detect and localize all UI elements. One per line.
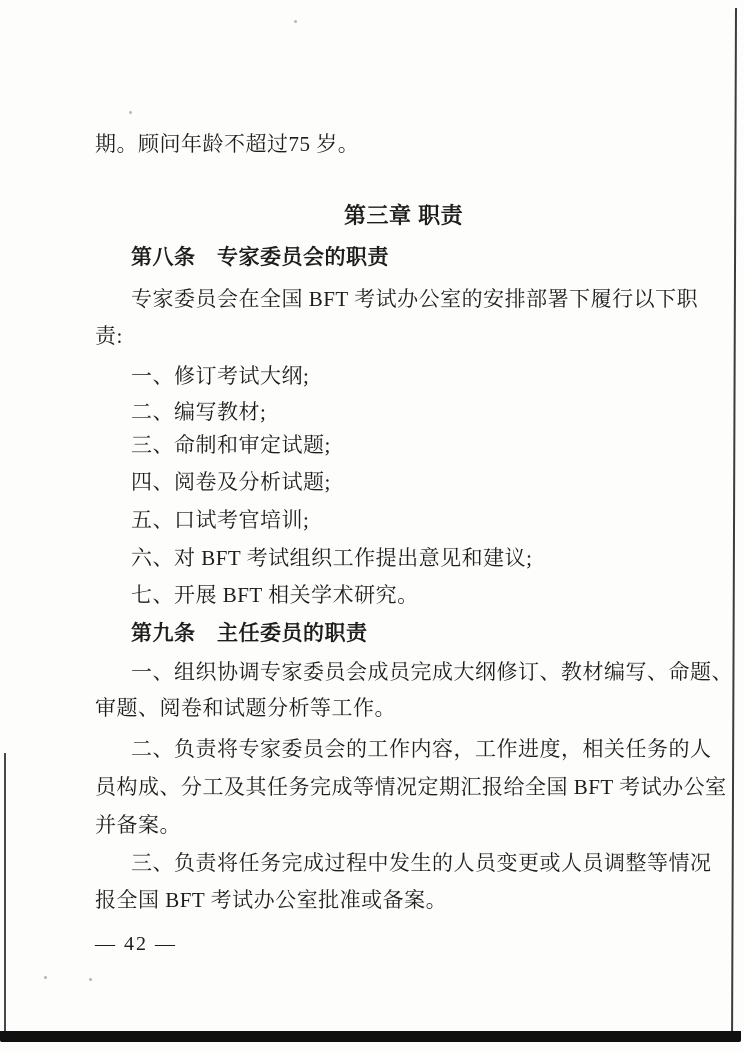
duty-item-line: 二、编写教材; [131, 399, 266, 425]
duty-item-line: 一、修订考试大纲; [131, 363, 309, 389]
article-8-heading: 第八条 专家委员会的职责 [131, 245, 389, 271]
scan-speck [89, 978, 92, 981]
body-text-line: 员构成、分工及其任务完成等情况定期汇报给全国 BFT 考试办公室 [95, 774, 727, 800]
scan-bottom-band [0, 1031, 741, 1042]
body-text-line: 期。顾问年龄不超过75 岁。 [95, 131, 359, 157]
duty-item-line: 三、命制和审定试题; [131, 432, 331, 458]
scan-edge-left-line [4, 753, 6, 1035]
document-page: 期。顾问年龄不超过75 岁。 第三章 职责 第八条 专家委员会的职责 专家委员会… [0, 0, 744, 1051]
duty-item-line: 四、阅卷及分析试题; [131, 469, 331, 495]
duty-item-line: 五、口试考官培训; [131, 507, 309, 533]
body-text-line: 并备案。 [95, 812, 181, 838]
body-text-line: 三、负责将任务完成过程中发生的人员变更或人员调整等情况 [131, 850, 712, 876]
body-text-line: 报全国 BFT 考试办公室批准或备案。 [95, 887, 447, 913]
scan-edge-right-line [731, 8, 737, 1035]
body-text-line: 审题、阅卷和试题分析等工作。 [95, 695, 396, 721]
scan-speck [294, 20, 297, 23]
scan-speck [129, 111, 132, 114]
body-text-line: 责: [95, 323, 123, 349]
duty-item-line: 六、对 BFT 考试组织工作提出意见和建议; [131, 545, 532, 571]
chapter-heading: 第三章 职责 [344, 203, 463, 229]
body-text-line: 二、负责将专家委员会的工作内容，工作进度，相关任务的人 [131, 736, 712, 762]
body-text-line: 专家委员会在全国 BFT 考试办公室的安排部署下履行以下职 [131, 286, 698, 312]
page-number: — 42 — [95, 931, 177, 957]
scan-speck [44, 976, 47, 979]
article-9-heading: 第九条 主任委员的职责 [131, 621, 368, 647]
duty-item-line: 七、开展 BFT 相关学术研究。 [131, 582, 419, 608]
body-text-line: 一、组织协调专家委员会成员完成大纲修订、教材编写、命题、 [131, 659, 733, 685]
